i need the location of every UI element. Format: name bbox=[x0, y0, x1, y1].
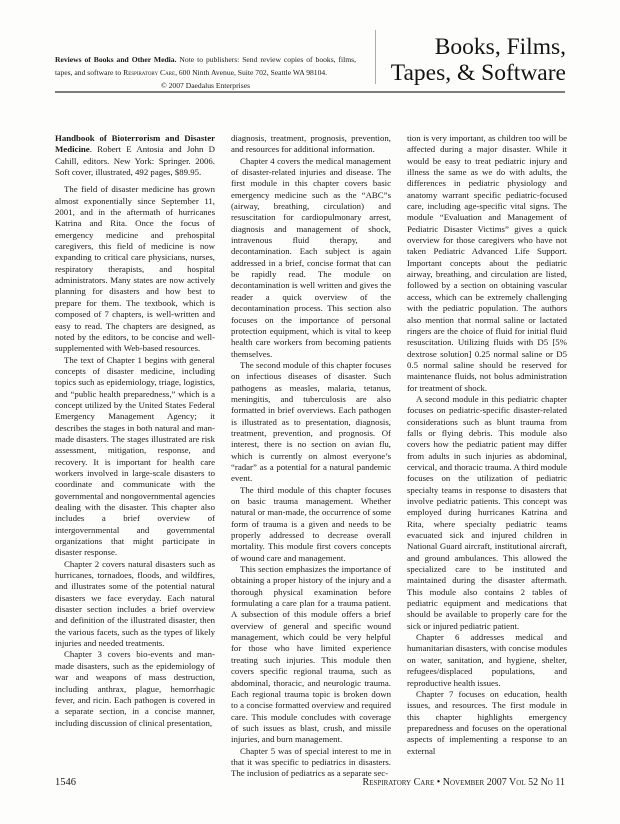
header-horizontal-rule bbox=[55, 91, 565, 93]
review-paragraph: The third module of this chapter focuses… bbox=[231, 485, 391, 564]
book-citation: Handbook of Bioterrorism and Disaster Me… bbox=[55, 133, 215, 178]
section-title: Books, Films, Tapes, & Software bbox=[391, 35, 566, 86]
header-vertical-divider bbox=[375, 30, 376, 84]
footer-journal-line: Respiratory Care • November 2007 Vol 52 … bbox=[363, 777, 565, 788]
column-1-paragraphs: The field of disaster medicine has grown… bbox=[55, 184, 215, 729]
review-paragraph: Chapter 6 addresses medical and humanita… bbox=[407, 632, 567, 689]
publisher-note-address: , 600 Ninth Avenue, Suite 702, Seattle W… bbox=[175, 68, 327, 77]
review-paragraph: Chapter 5 was of special interest to me … bbox=[231, 746, 391, 780]
section-title-line1: Books, Films, bbox=[391, 35, 566, 61]
review-paragraph: diagnosis, treatment, prognosis, prevent… bbox=[231, 133, 391, 156]
section-title-line2: Tapes, & Software bbox=[391, 61, 566, 87]
review-paragraph: The text of Chapter 1 begins with genera… bbox=[55, 355, 215, 559]
journal-name: Respiratory Care bbox=[123, 68, 175, 77]
footer-page-number: 1546 bbox=[55, 777, 76, 788]
column-2-paragraphs: diagnosis, treatment, prognosis, prevent… bbox=[231, 133, 391, 780]
review-body: Handbook of Bioterrorism and Disaster Me… bbox=[55, 133, 567, 780]
review-paragraph: tion is very important, as children too … bbox=[407, 133, 567, 394]
publisher-note: Reviews of Books and Other Media. Note t… bbox=[55, 54, 356, 92]
review-paragraph: This section emphasizes the importance o… bbox=[231, 564, 391, 746]
review-paragraph: Chapter 7 focuses on education, health i… bbox=[407, 689, 567, 757]
review-paragraph: Chapter 4 covers the medical management … bbox=[231, 156, 391, 360]
publisher-note-lead: Reviews of Books and Other Media. bbox=[55, 55, 176, 64]
review-paragraph: The field of disaster medicine has grown… bbox=[55, 184, 215, 354]
column-2: diagnosis, treatment, prognosis, prevent… bbox=[231, 133, 391, 780]
column-1: Handbook of Bioterrorism and Disaster Me… bbox=[55, 133, 215, 780]
review-paragraph: Chapter 2 covers natural disasters such … bbox=[55, 559, 215, 650]
column-3: tion is very important, as children too … bbox=[407, 133, 567, 780]
column-3-paragraphs: tion is very important, as children too … bbox=[407, 133, 567, 757]
review-paragraph: A second module in this pediatric chapte… bbox=[407, 394, 567, 632]
review-paragraph: Chapter 3 covers bio-events and man-made… bbox=[55, 649, 215, 728]
review-paragraph: The second module of this chapter focuse… bbox=[231, 360, 391, 485]
